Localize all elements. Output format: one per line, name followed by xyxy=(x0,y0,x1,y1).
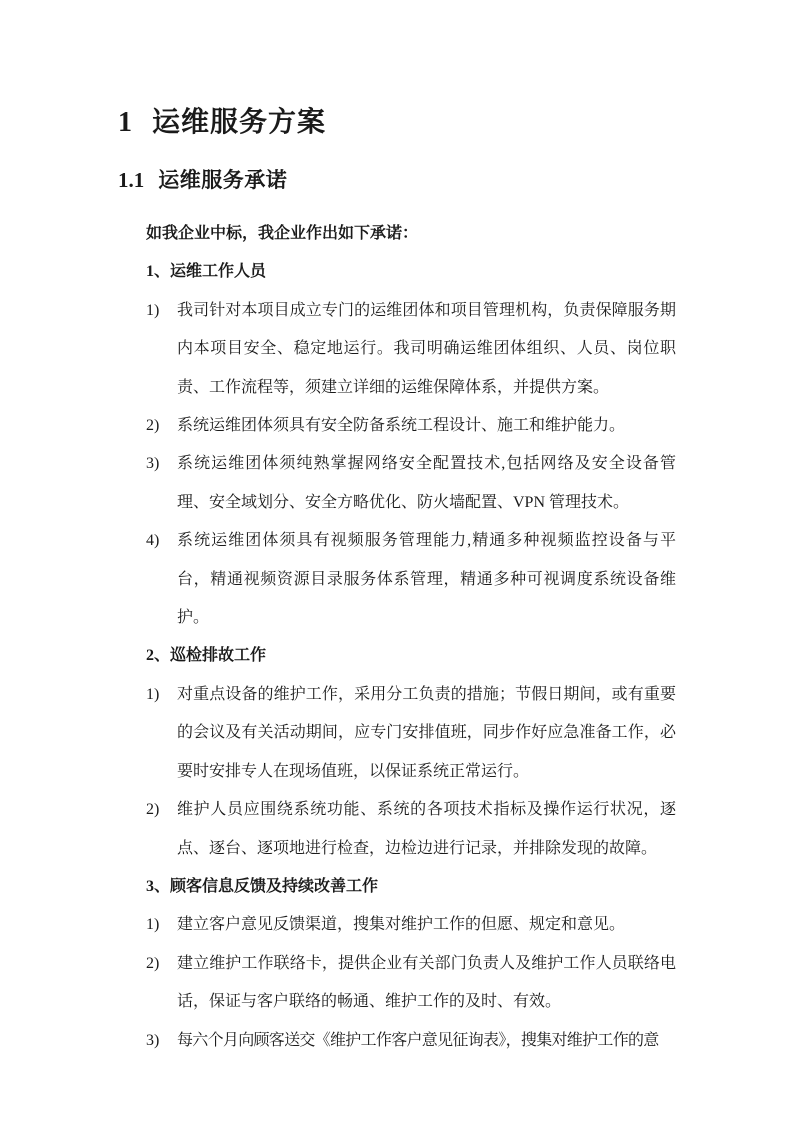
list-item-text: 系统运维团体须具有视频服务管理能力,精通多种视频监控设备与平台，精通视频资源目录… xyxy=(177,522,676,637)
list-item: 1) 我司针对本项目成立专门的运维团体和项目管理机构，负责保障服务期内本项目安全… xyxy=(146,292,676,407)
list-item: 2) 建立维护工作联络卡，提供企业有关部门负责人及维护工作人员联络电话，保证与客… xyxy=(146,945,676,1022)
list-item-number: 3) xyxy=(146,445,177,522)
section-number: 1.1 xyxy=(118,168,144,192)
list-item: 4) 系统运维团体须具有视频服务管理能力,精通多种视频监控设备与平台，精通视频资… xyxy=(146,522,676,637)
list-item-number: 2) xyxy=(146,407,177,445)
list-item-number: 2) xyxy=(146,791,177,868)
list-item-number: 3) xyxy=(146,1022,177,1060)
list-item: 3) 每六个月向顾客送交《维护工作客户意见征询表》，搜集对维护工作的意 xyxy=(146,1022,676,1060)
list-item-text: 系统运维团体须具有安全防备系统工程设计、施工和维护能力。 xyxy=(177,407,676,445)
list-item-text: 建立维护工作联络卡，提供企业有关部门负责人及维护工作人员联络电话，保证与客户联络… xyxy=(177,945,676,1022)
intro-paragraph: 如我企业中标，我企业作出如下承诺： xyxy=(146,215,676,253)
list-item: 1) 建立客户意见反馈渠道，搜集对维护工作的但愿、规定和意见。 xyxy=(146,906,676,944)
list-item-number: 1) xyxy=(146,292,177,407)
list-item-text: 系统运维团体须纯熟掌握网络安全配置技术,包括网络及安全设备管理、安全域划分、安全… xyxy=(177,445,676,522)
chapter-number: 1 xyxy=(118,107,132,138)
list-item: 3) 系统运维团体须纯熟掌握网络安全配置技术,包括网络及安全设备管理、安全域划分… xyxy=(146,445,676,522)
list-item: 2) 维护人员应围绕系统功能、系统的各项技术指标及操作运行状况，逐点、逐台、逐项… xyxy=(146,791,676,868)
list-item-text: 维护人员应围绕系统功能、系统的各项技术指标及操作运行状况，逐点、逐台、逐项地进行… xyxy=(177,791,676,868)
list-item-number: 1) xyxy=(146,906,177,944)
document-body: 如我企业中标，我企业作出如下承诺： 1、运维工作人员 1) 我司针对本项目成立专… xyxy=(146,215,676,1060)
section-heading: 1.1运维服务承诺 xyxy=(118,164,287,194)
list-item-text: 每六个月向顾客送交《维护工作客户意见征询表》，搜集对维护工作的意 xyxy=(177,1022,676,1060)
list-item: 1) 对重点设备的维护工作，采用分工负责的措施；节假日期间，或有重要的会议及有关… xyxy=(146,676,676,791)
chapter-title: 运维服务方案 xyxy=(152,107,326,138)
list-item-text: 对重点设备的维护工作，采用分工负责的措施；节假日期间，或有重要的会议及有关活动期… xyxy=(177,676,676,791)
subsection-heading-3: 3、顾客信息反馈及持续改善工作 xyxy=(146,868,676,906)
list-item-text: 我司针对本项目成立专门的运维团体和项目管理机构，负责保障服务期内本项目安全、稳定… xyxy=(177,292,676,407)
list-item-number: 4) xyxy=(146,522,177,637)
section-title: 运维服务承诺 xyxy=(158,168,287,192)
chapter-heading: 1运维服务方案 xyxy=(118,100,326,140)
list-item-number: 2) xyxy=(146,945,177,1022)
list-item-number: 1) xyxy=(146,676,177,791)
document-page: 1运维服务方案 1.1运维服务承诺 如我企业中标，我企业作出如下承诺： 1、运维… xyxy=(0,0,793,1122)
subsection-heading-2: 2、巡检排故工作 xyxy=(146,637,676,675)
list-item-text: 建立客户意见反馈渠道，搜集对维护工作的但愿、规定和意见。 xyxy=(177,906,676,944)
subsection-heading-1: 1、运维工作人员 xyxy=(146,253,676,291)
list-item: 2) 系统运维团体须具有安全防备系统工程设计、施工和维护能力。 xyxy=(146,407,676,445)
